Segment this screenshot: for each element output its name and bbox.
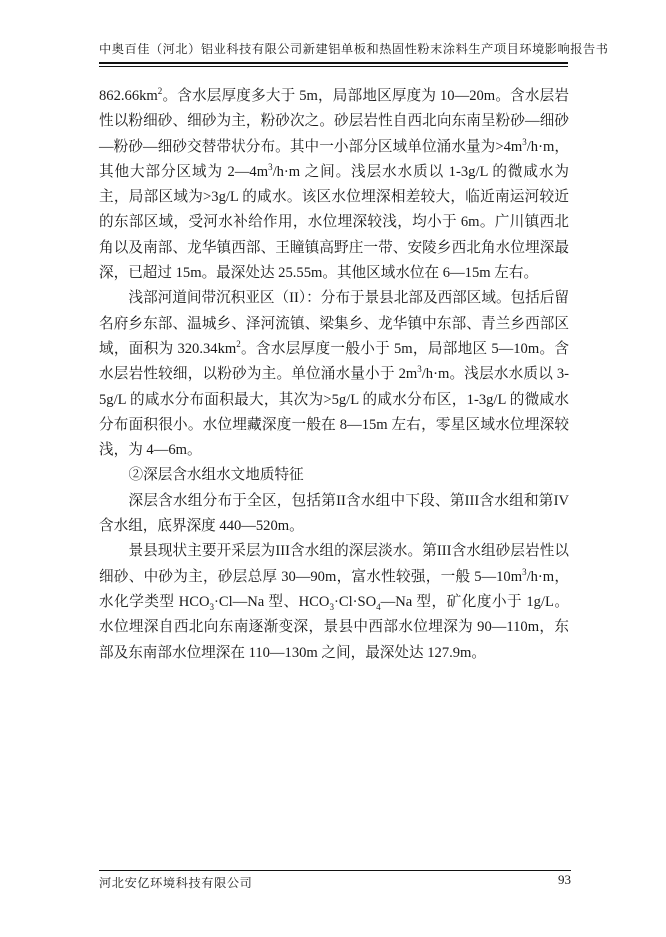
text-run: 862.66km	[99, 88, 158, 104]
paragraph: 浅部河道间带沉积亚区（II）：分布于景县北部及西部区域。包括后留名府乡东部、温城…	[99, 286, 569, 463]
page-header: 中奥百佳（河北）铝业科技有限公司新建铝单板和热固性粉末涂料生产项目环境影响报告书	[99, 40, 568, 57]
text-run: ·Cl—Na 型、HCO	[214, 594, 329, 610]
text-run: ②深层含水组水文地质特征	[129, 467, 304, 483]
text-run: ·Cl·SO	[334, 594, 376, 610]
paragraph: 深层含水组分布于全区，包括第II含水组中下段、第III含水组和第IV含水组，底界…	[99, 489, 569, 540]
header-double-rule	[99, 62, 568, 67]
document-body: 862.66km2。含水层厚度多大于 5m，局部地区厚度为 10—20m。含水层…	[99, 84, 569, 666]
footer-company-name: 河北安亿环境科技有限公司	[99, 874, 252, 891]
section-heading: ②深层含水组水文地质特征	[99, 463, 569, 488]
paragraph: 862.66km2。含水层厚度多大于 5m，局部地区厚度为 10—20m。含水层…	[99, 84, 569, 286]
text-run: 景县现状主要开采层为III含水组的深层淡水。第III含水组砂层岩性以细砂、中砂为…	[99, 543, 569, 584]
text-run: 。含水层厚度多大于 5m，局部地区厚度为 10—20m。含水层岩性以粉细砂、细砂…	[99, 88, 569, 155]
text-run: 深层含水组分布于全区，包括第II含水组中下段、第III含水组和第IV含水组，底界…	[99, 493, 569, 534]
paragraph: 景县现状主要开采层为III含水组的深层淡水。第III含水组砂层岩性以细砂、中砂为…	[99, 539, 569, 665]
text-run: /h·m 之间。浅层水水质以 1-3g/L 的微咸水为主，局部区域为>3g/L …	[99, 164, 569, 281]
footer-rule	[99, 870, 571, 871]
page-number: 93	[540, 872, 571, 888]
